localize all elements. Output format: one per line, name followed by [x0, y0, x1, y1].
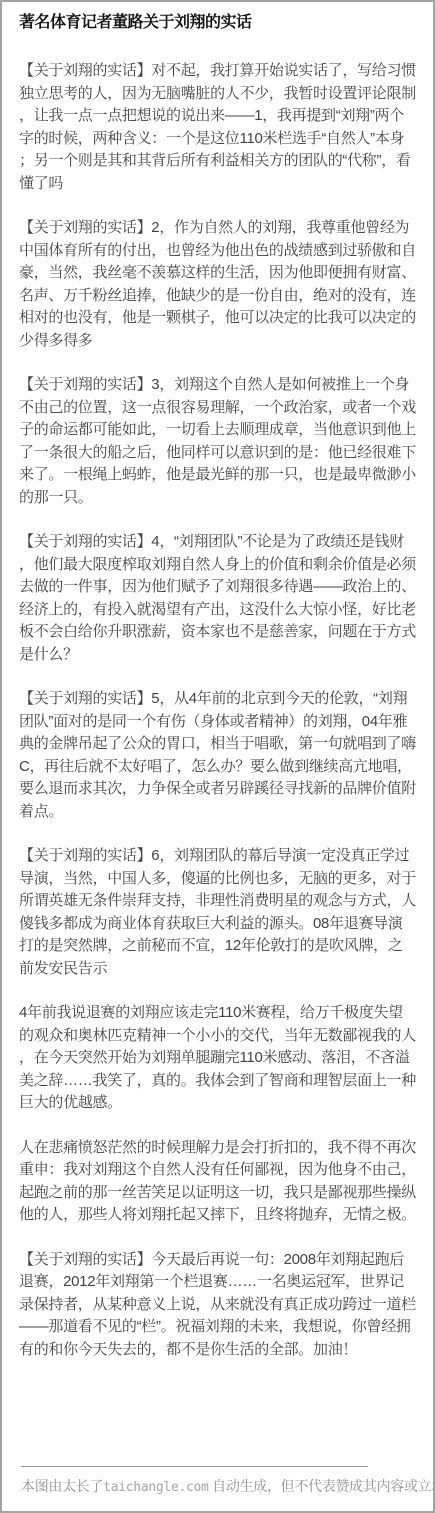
generated-text-image-card: 著名体育记者董路关于刘翔的实话 【关于刘翔的实话】对不起，我打算开始说实话了，写…	[0, 0, 435, 1513]
footer-note-suffix: 自动生成，但不代表赞成其内容或立场	[209, 1478, 435, 1494]
post-paragraph-7: 4年前我说退赛的刘翔应该走完110米赛程，给万千极度失望的观众和奥林匹克精神一个…	[19, 1002, 417, 1115]
post-paragraph-8: 人在悲痛愤怒茫然的时候理解力是会打折扣的，我不得不再次重申：我对刘翔这个自然人没…	[19, 1137, 417, 1227]
post-paragraph-1: 【关于刘翔的实话】对不起，我打算开始说实话了，写给习惯独立思考的人，因为无脑嘴脏…	[19, 60, 417, 195]
post-paragraph-9: 【关于刘翔的实话】今天最后再说一句：2008年刘翔起跑后退赛，2012年刘翔第一…	[19, 1249, 417, 1362]
footer-note: 本图由太长了taichangle.com 自动生成，但不代表赞成其内容或立场	[21, 1476, 417, 1498]
post-paragraph-5: 【关于刘翔的实话】5，从4年前的北京到今天的伦敦，“刘翔团队”面对的是同一个有伤…	[19, 688, 417, 823]
post-paragraph-3: 【关于刘翔的实话】3，刘翔这个自然人是如何被推上一个身不由己的位置，这一点很容易…	[19, 374, 417, 509]
footer: 本图由太长了taichangle.com 自动生成，但不代表赞成其内容或立场	[21, 1466, 417, 1498]
post-paragraph-6: 【关于刘翔的实话】6，刘翔团队的幕后导演一定没真正学过导演，当然，中国人多，傻逼…	[19, 845, 417, 980]
footer-divider	[21, 1466, 368, 1467]
footer-site-name: taichangle.com	[103, 1480, 208, 1495]
post-paragraph-4: 【关于刘翔的实话】4，“刘翔团队”不论是为了政绩还是钱财，他们最大限度榨取刘翔自…	[19, 531, 417, 666]
footer-note-prefix: 本图由太长了	[21, 1478, 103, 1494]
post-paragraph-2: 【关于刘翔的实话】2，作为自然人的刘翔，我尊重他曾经为中国体育所有的付出，也曾经…	[19, 217, 417, 352]
post-title: 著名体育记者董路关于刘翔的实话	[19, 11, 417, 34]
